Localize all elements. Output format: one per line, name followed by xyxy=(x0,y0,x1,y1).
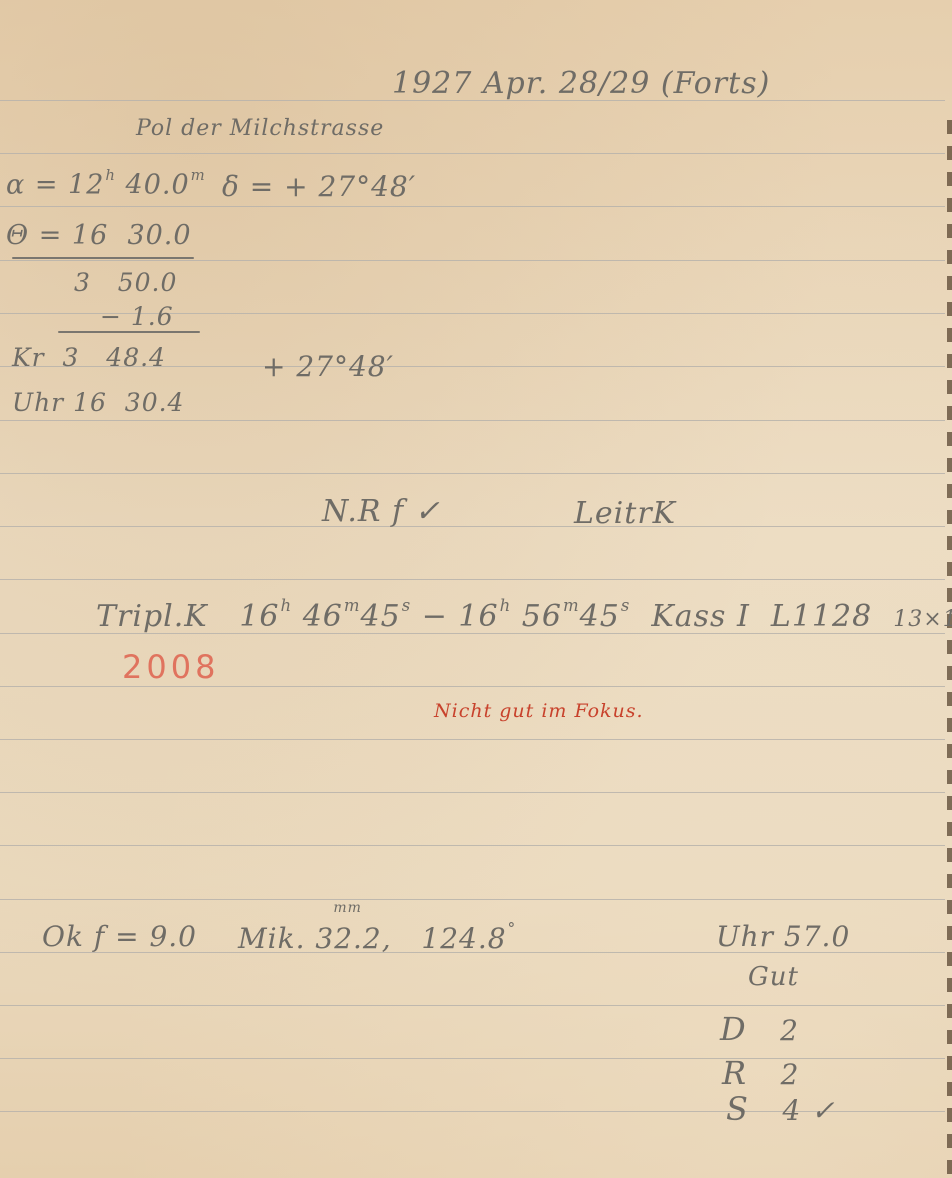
hour-unit: h xyxy=(281,596,293,615)
ruled-line xyxy=(0,792,945,793)
ruled-line xyxy=(0,260,945,261)
ruled-line xyxy=(0,686,945,687)
delta-repeat: + 27°48′ xyxy=(262,350,394,383)
minute-unit: m xyxy=(344,596,361,615)
nr-note: N.R f ✓ xyxy=(322,494,441,529)
plate-number: 2008 xyxy=(122,648,219,686)
rating-value: 2 xyxy=(780,1014,799,1047)
cassette: Kass I xyxy=(651,599,749,634)
mik-unit: mm xyxy=(333,900,362,916)
start-seconds: 45 xyxy=(361,599,401,634)
ruled-line xyxy=(0,1005,945,1006)
ruled-line xyxy=(0,153,945,154)
rating-row: D 2 xyxy=(720,1010,799,1048)
rating-label: R xyxy=(722,1054,747,1092)
focus-note: Nicht gut im Fokus. xyxy=(434,700,644,722)
second-unit: s xyxy=(621,596,630,615)
correction-underline xyxy=(58,331,200,333)
hour-unit: h xyxy=(500,596,512,615)
mik-label: Mik. xyxy=(238,922,306,955)
rating-label: D xyxy=(720,1010,747,1048)
difference-minutes: 50.0 xyxy=(118,268,178,297)
difference-hours: 3 xyxy=(74,268,91,297)
ruled-line xyxy=(0,1058,945,1059)
theta-line: Θ = 16 30.0 xyxy=(6,220,192,251)
uhr-minutes: 30.4 xyxy=(125,388,185,417)
rating-row: R 2 xyxy=(722,1054,799,1092)
instrument-name: Tripl.K xyxy=(96,599,208,634)
second-unit: s xyxy=(402,596,411,615)
theta-label: Θ = 16 xyxy=(6,220,108,251)
uhr-reading: Uhr 57.0 xyxy=(716,920,850,953)
exposure-line: Tripl.K 16h 46m45s − 16h 56m45s Kass I L… xyxy=(96,596,952,634)
kr-label: Kr xyxy=(12,343,45,372)
kr-minutes: 48.4 xyxy=(106,343,166,372)
uhr-label: Uhr xyxy=(12,388,64,417)
end-seconds: 45 xyxy=(580,599,620,634)
kr-line: Kr 3 48.4 xyxy=(12,343,166,372)
uhr-hours: 16 xyxy=(73,388,107,417)
ruled-line xyxy=(0,420,945,421)
mik-value: 32.2, xyxy=(315,922,391,955)
page-binding-edge xyxy=(947,120,952,1178)
kr-hours: 3 xyxy=(63,343,80,372)
start-minutes: 46 xyxy=(303,599,343,634)
alpha-label: α = 12 xyxy=(6,169,104,200)
difference-line: 3 50.0 xyxy=(74,268,177,297)
ruled-line xyxy=(0,739,945,740)
plate-id: L1128 xyxy=(771,599,872,634)
rating-value: 2 xyxy=(781,1058,800,1091)
delta-expression: δ = + 27°48′ xyxy=(222,170,416,203)
rating-value: 4 ✓ xyxy=(782,1094,835,1127)
ok-focal: Ok f = 9.0 xyxy=(42,920,197,953)
correction-value: − 1.6 xyxy=(100,302,174,331)
ruled-line xyxy=(0,845,945,846)
date-heading: 1927 Apr. 28/29 (Forts) xyxy=(392,66,770,101)
leitk-note: LeitrK xyxy=(574,496,676,531)
plate-size: 13×18 xyxy=(893,607,952,632)
ruled-line xyxy=(0,473,945,474)
angle-value: 124.8 xyxy=(421,922,506,955)
uhr-line: Uhr 16 30.4 xyxy=(12,388,184,417)
mik-line: Mik. mm 32.2, 124.8° xyxy=(238,920,516,955)
end-minutes: 56 xyxy=(522,599,562,634)
minute-unit: m xyxy=(563,596,580,615)
gut-note: Gut xyxy=(748,962,799,992)
pole-title: Pol der Milchstrasse xyxy=(136,116,384,141)
alpha-line: α = 12h 40.0m xyxy=(6,166,206,200)
sum-underline xyxy=(12,257,194,259)
start-hours: 16 xyxy=(239,599,279,634)
ruled-line xyxy=(0,899,945,900)
alpha-minutes: 40.0 xyxy=(126,169,190,200)
ruled-line xyxy=(0,206,945,207)
notebook-page: 1927 Apr. 28/29 (Forts) Pol der Milchstr… xyxy=(0,0,952,1178)
alpha-minute-unit: m xyxy=(191,166,206,184)
rating-row: S 4 ✓ xyxy=(726,1090,836,1128)
end-hours: 16 xyxy=(458,599,498,634)
ruled-line xyxy=(0,526,945,527)
alpha-hour-unit: h xyxy=(105,166,116,184)
ruled-line xyxy=(0,579,945,580)
angle-unit: ° xyxy=(508,920,517,938)
rating-label: S xyxy=(726,1090,749,1128)
theta-minutes: 30.0 xyxy=(127,220,191,251)
